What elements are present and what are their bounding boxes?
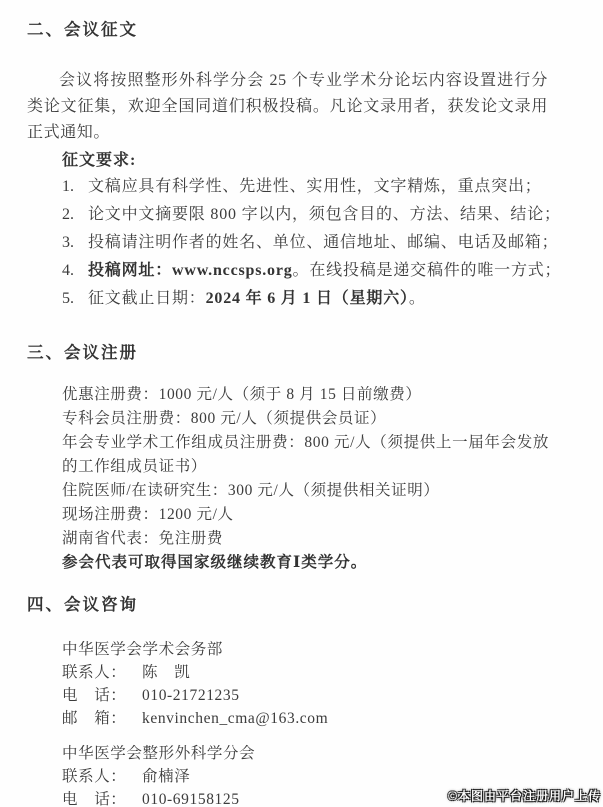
contact-block-academic-affairs: 中华医学会学术会务部 联系人：陈 凯 电 话：010-21721235 邮 箱：…: [62, 638, 603, 730]
fee-line-hunan-delegates: 湖南省代表：免注册费: [62, 527, 549, 551]
contact-email-row: 邮 箱：kenvinchen_cma@163.com: [62, 707, 603, 730]
list-item-text: 征文截止日期：2024 年 6 月 1 日（星期六）。: [88, 285, 603, 313]
deadline-label: 征文截止日期：: [88, 290, 206, 307]
fee-line-onsite: 现场注册费：1200 元/人: [62, 503, 549, 527]
deadline-date-bold: 2024 年 6 月 1 日（星期六）: [206, 290, 409, 307]
contact-phone-label: 电 话：: [62, 788, 142, 807]
contact-phone-label: 电 话：: [62, 684, 142, 707]
contact-org-name: 中华医学会整形外科学分会: [62, 742, 603, 765]
submission-requirements-list: 1. 文稿应具有科学性、先进性、实用性，文字精炼，重点突出； 2. 论文中文摘要…: [62, 173, 603, 313]
list-item-text: 论文中文摘要限 800 字以内，须包含目的、方法、结果、结论；: [88, 201, 603, 229]
contact-org-name: 中华医学会学术会务部: [62, 638, 603, 661]
contact-phone-number: 010-69158125: [142, 791, 240, 807]
contact-person-name: 陈 凯: [142, 664, 190, 681]
submission-url-rest: 。在线投稿是递交稿件的唯一方式；: [293, 262, 562, 279]
section-heading-call-for-papers: 二、会议征文: [27, 18, 603, 42]
list-item-number: 1.: [62, 173, 88, 201]
submission-requirements-heading: 征文要求:: [62, 149, 603, 173]
fee-line-early-bird: 优惠注册费：1000 元/人（须于 8 月 15 日前缴费）: [62, 383, 549, 407]
list-item-number: 4.: [62, 257, 88, 285]
list-item-text: 投稿网址：www.nccsps.org。在线投稿是递交稿件的唯一方式；: [88, 257, 603, 285]
contact-person-name: 俞楠泽: [142, 768, 190, 785]
contact-person-label: 联系人：: [62, 765, 142, 788]
call-for-papers-intro: 会议将按照整形外科学分会 25 个专业学术分论坛内容设置进行分类论文征集，欢迎全…: [27, 68, 548, 146]
list-item: 1. 文稿应具有科学性、先进性、实用性，文字精炼，重点突出；: [62, 173, 603, 201]
list-item-number: 3.: [62, 229, 88, 257]
continuing-education-credit-note: 参会代表可取得国家级继续教育Ⅰ类学分。: [62, 551, 549, 575]
deadline-period: 。: [409, 290, 426, 307]
submission-url-bold: 投稿网址：www.nccsps.org: [88, 262, 293, 279]
contact-person-row: 联系人：陈 凯: [62, 661, 603, 684]
document-page: 二、会议征文 会议将按照整形外科学分会 25 个专业学术分论坛内容设置进行分类论…: [0, 0, 603, 807]
contact-email-label: 邮 箱：: [62, 707, 142, 730]
contact-phone-row: 电 话：010-21721235: [62, 684, 603, 707]
contact-phone-number: 010-21721235: [142, 687, 240, 704]
list-item-deadline: 5. 征文截止日期：2024 年 6 月 1 日（星期六）。: [62, 285, 603, 313]
registration-fee-list: 优惠注册费：1000 元/人（须于 8 月 15 日前缴费） 专科会员注册费：8…: [62, 383, 549, 575]
fee-line-resident-student: 住院医师/在读研究生：300 元/人（须提供相关证明）: [62, 479, 549, 503]
list-item-number: 5.: [62, 285, 88, 313]
contact-person-row: 联系人：俞楠泽: [62, 765, 603, 788]
list-item-number: 2.: [62, 201, 88, 229]
contact-person-label: 联系人：: [62, 661, 142, 684]
fee-line-working-group: 年会专业学术工作组成员注册费：800 元/人（须提供上一届年会发放的工作组成员证…: [62, 431, 549, 479]
uploader-watermark: ©本图由平台注册用户上传: [448, 787, 601, 804]
list-item-text: 文稿应具有科学性、先进性、实用性，文字精炼，重点突出；: [88, 173, 603, 201]
fee-line-specialty-member: 专科会员注册费：800 元/人（须提供会员证）: [62, 407, 549, 431]
list-item-text: 投稿请注明作者的姓名、单位、通信地址、邮编、电话及邮箱；: [88, 229, 603, 257]
list-item: 3. 投稿请注明作者的姓名、单位、通信地址、邮编、电话及邮箱；: [62, 229, 603, 257]
section-heading-consultation: 四、会议咨询: [27, 593, 603, 617]
section-heading-registration: 三、会议注册: [27, 341, 603, 365]
list-item: 2. 论文中文摘要限 800 字以内，须包含目的、方法、结果、结论；: [62, 201, 603, 229]
list-item-submission-url: 4. 投稿网址：www.nccsps.org。在线投稿是递交稿件的唯一方式；: [62, 257, 603, 285]
contact-email-address: kenvinchen_cma@163.com: [142, 710, 328, 727]
